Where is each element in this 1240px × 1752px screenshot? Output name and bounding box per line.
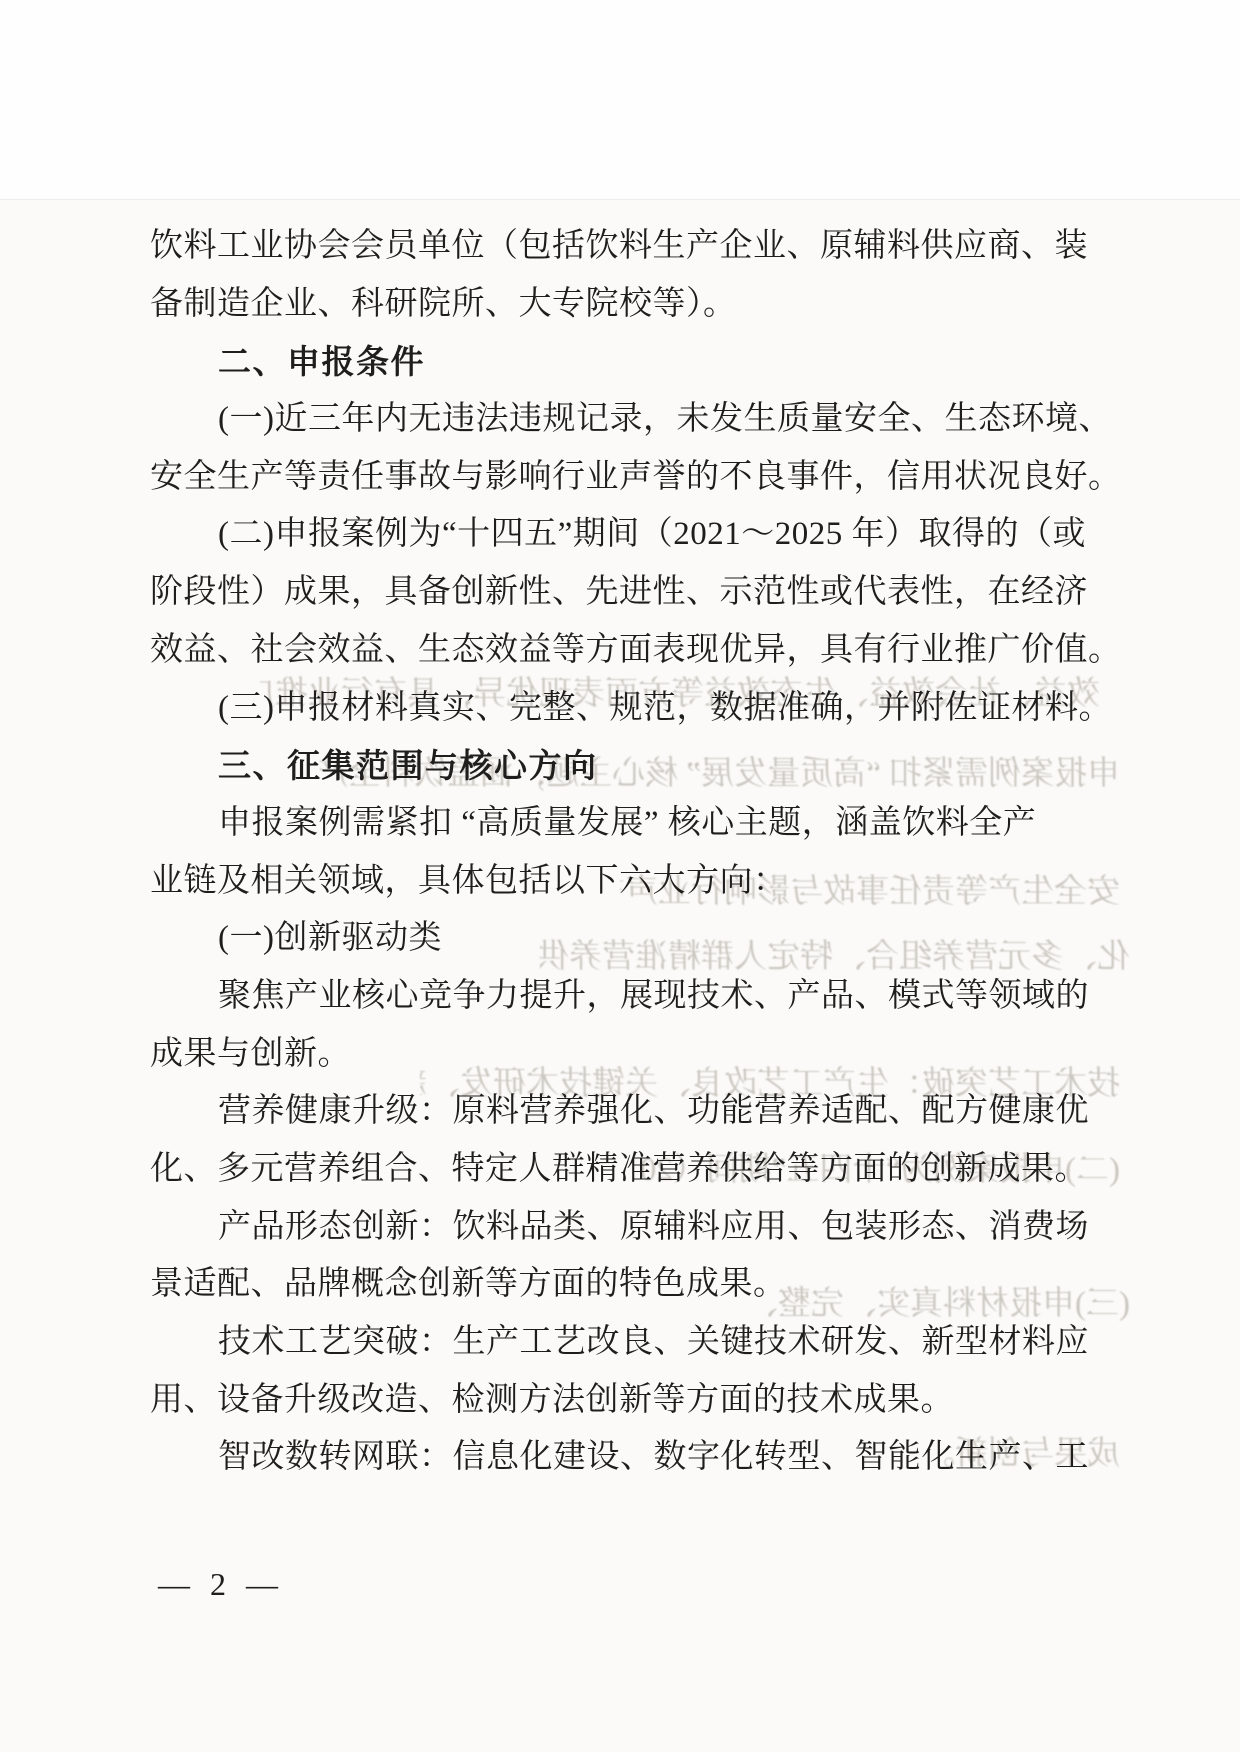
section-heading: 三、征集范围与核心方向 — [150, 737, 1103, 795]
body-text-line: 备制造企业、科研院所、大专院校等）。 — [150, 276, 1103, 334]
body-text-line: 申报案例需紧扣 “高质量发展” 核心主题，涵盖饮料全产 — [150, 795, 1103, 853]
body-text-line: 成果与创新。 — [150, 1026, 1103, 1084]
body-text-line: 业链及相关领域，具体包括以下六大方向： — [150, 853, 1103, 911]
text-block: 饮料工业协会会员单位（包括饮料生产企业、原辅料供应商、装备制造企业、科研院所、大… — [150, 218, 1103, 1487]
body-text-line: (一)近三年内无违法违规记录，未发生质量安全、生态环境、 — [150, 391, 1103, 449]
body-text-line: 景适配、品牌概念创新等方面的特色成果。 — [150, 1256, 1103, 1314]
body-text-line: (二)申报案例为“十四五”期间（2021～2025 年）取得的（或 — [150, 506, 1103, 564]
body-text-line: 饮料工业协会会员单位（包括饮料生产企业、原辅料供应商、装 — [150, 218, 1103, 276]
body-text-line: (三)申报材料真实、完整、规范，数据准确，并附佐证材料。 — [150, 680, 1103, 738]
body-text-line: (一)创新驱动类 — [150, 910, 1103, 968]
body-text-line: 智改数转网联：信息化建设、数字化转型、智能化生产、工 — [150, 1429, 1103, 1487]
body-text-line: 技术工艺突破：生产工艺改良、关键技术研发、新型材料应 — [150, 1314, 1103, 1372]
scan-edge-artifact — [0, 0, 1240, 200]
body-text-line: 营养健康升级：原料营养强化、功能营养适配、配方健康优 — [150, 1083, 1103, 1141]
body-text-line: 阶段性）成果，具备创新性、先进性、示范性或代表性，在经济 — [150, 564, 1103, 622]
section-heading: 二、申报条件 — [150, 333, 1103, 391]
body-text-line: 安全生产等责任事故与影响行业声誉的不良事件，信用状况良好。 — [150, 449, 1103, 507]
body-text-line: 产品形态创新：饮料品类、原辅料应用、包装形态、消费场 — [150, 1199, 1103, 1257]
body-text-line: 聚焦产业核心竞争力提升，展现技术、产品、模式等领域的 — [150, 968, 1103, 1026]
document-page: 效益、社会效益、生态效益等方面表现优异，具有行业推广价值。申报案例需紧扣 “高质… — [0, 0, 1240, 1752]
body-text-line: 化、多元营养组合、特定人群精准营养供给等方面的创新成果。 — [150, 1141, 1103, 1199]
body-text-line: 用、设备升级改造、检测方法创新等方面的技术成果。 — [150, 1372, 1103, 1430]
page-number: — 2 — — [158, 1566, 284, 1603]
body-text-line: 效益、社会效益、生态效益等方面表现优异，具有行业推广价值。 — [150, 622, 1103, 680]
